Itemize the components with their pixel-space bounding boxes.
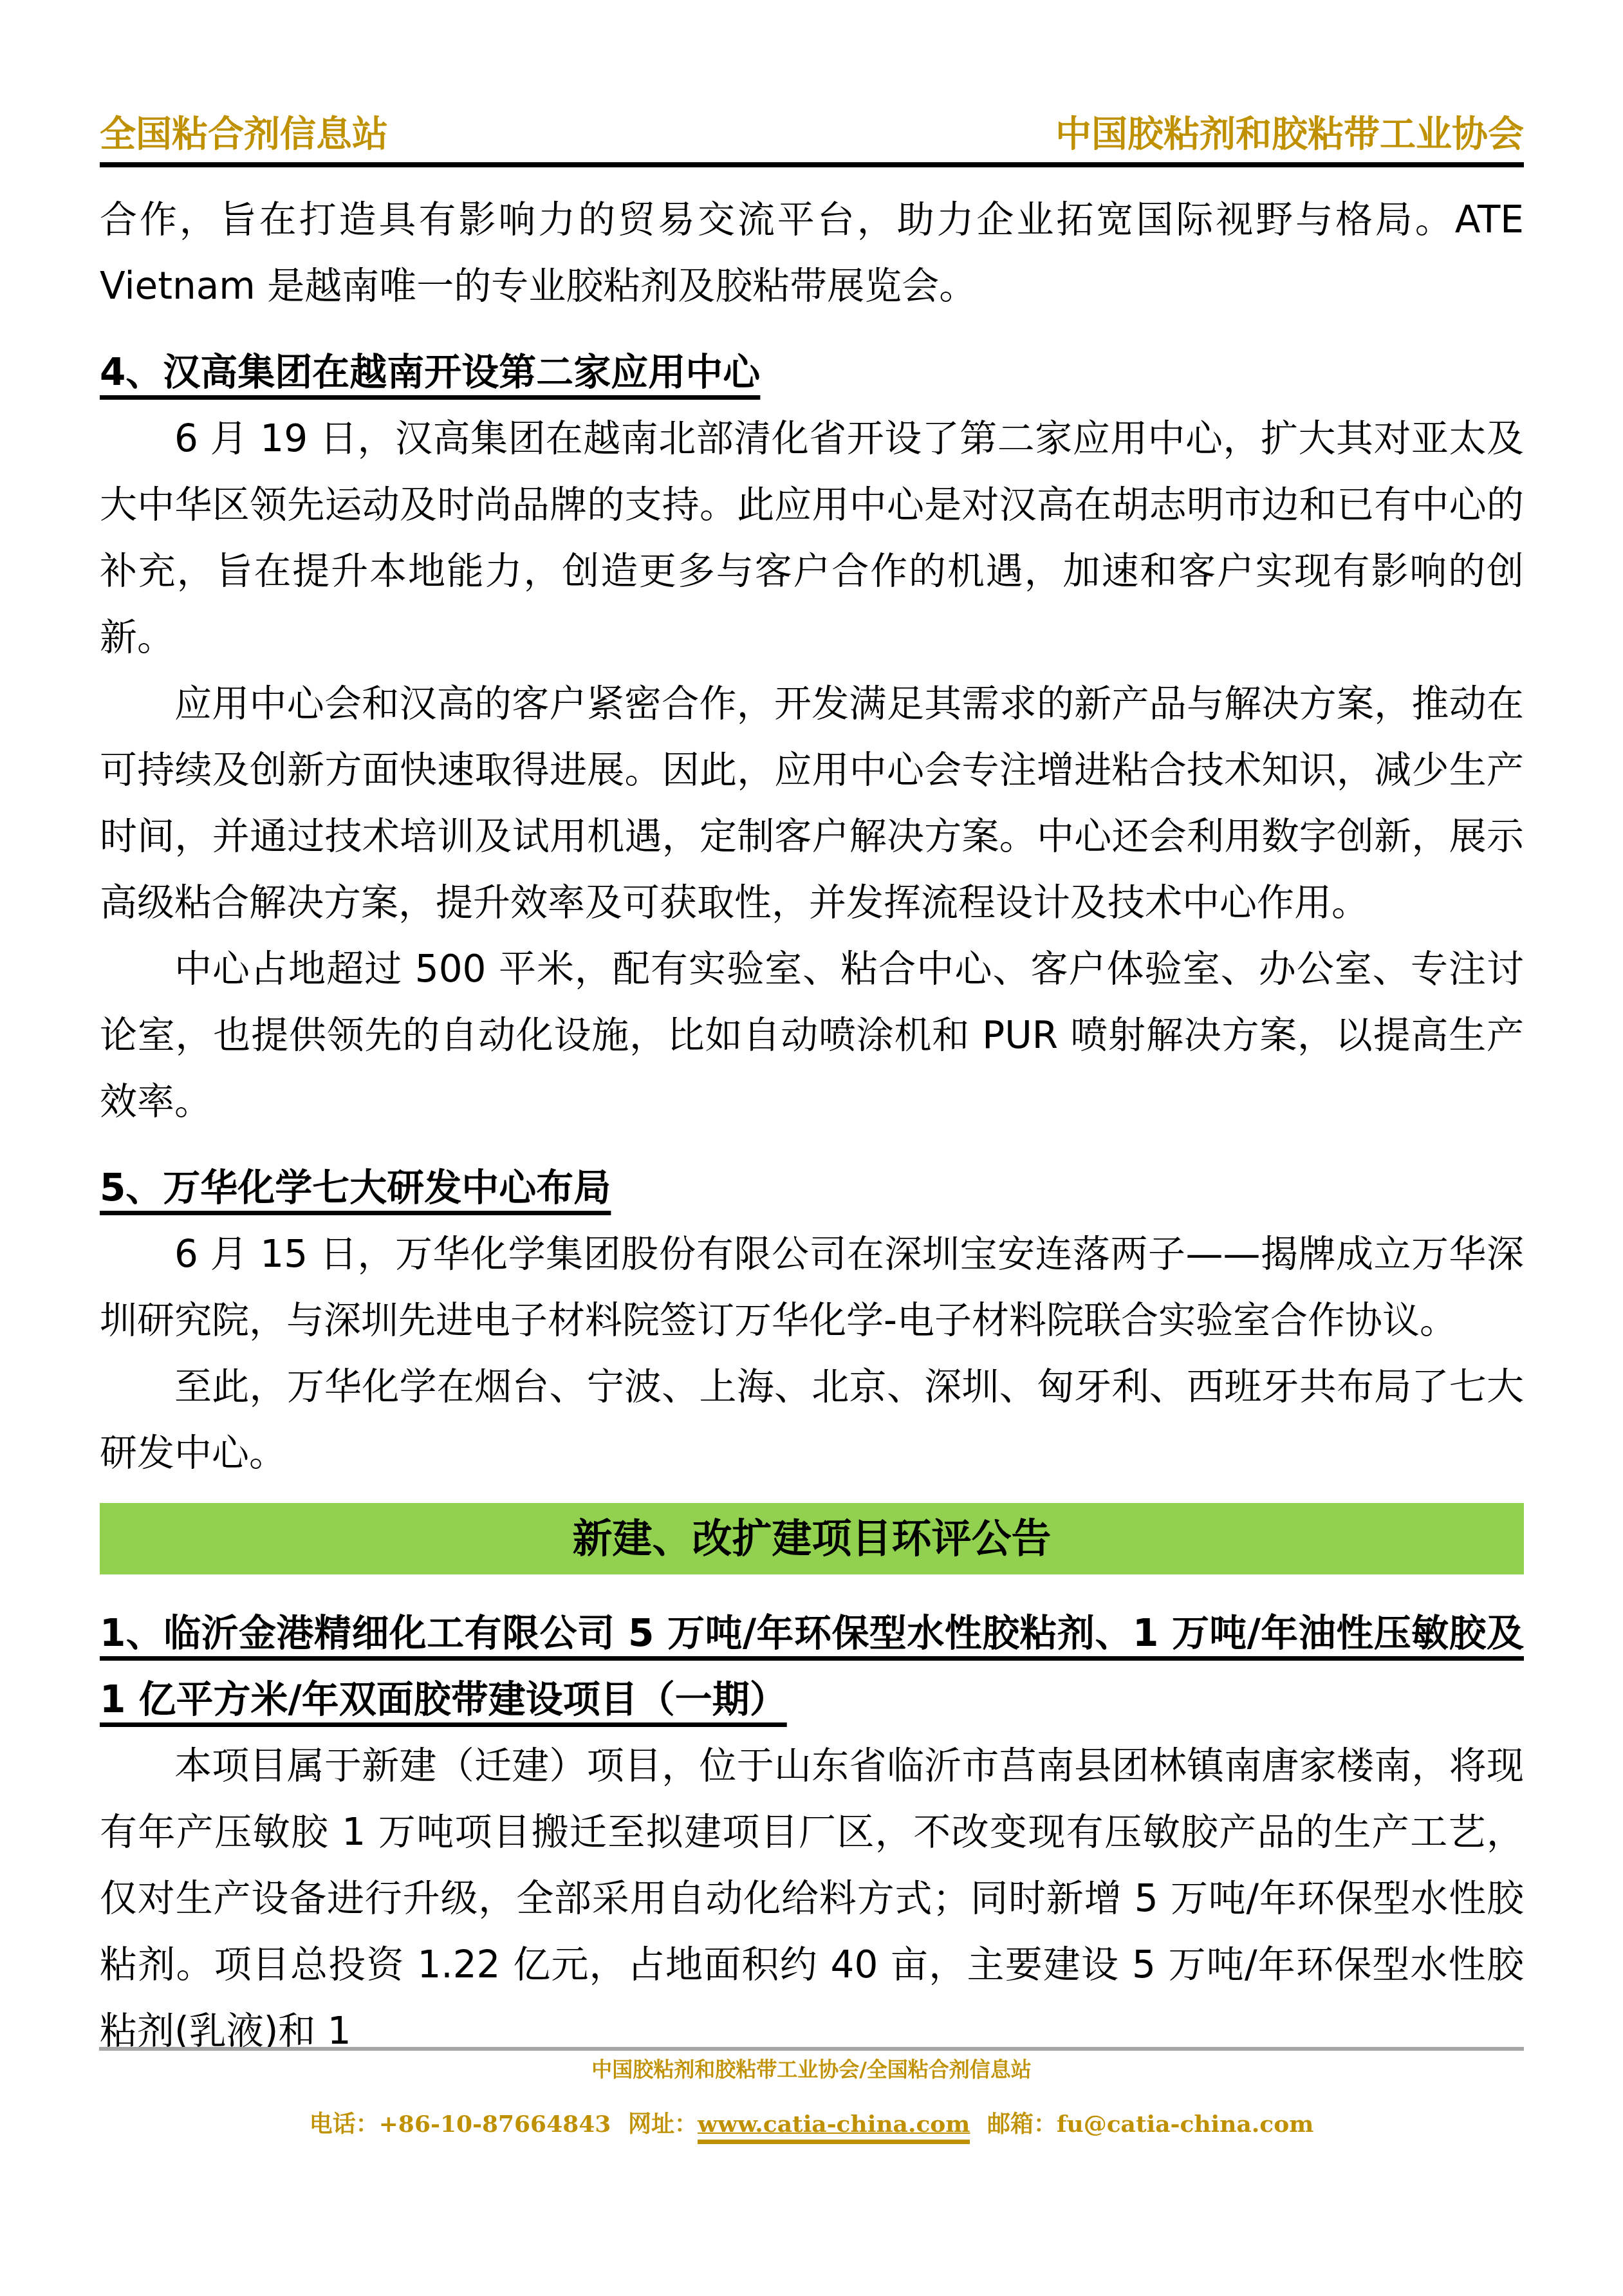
header-divider-rule xyxy=(100,162,1524,167)
footer-phone-number: +86-10-87664843 xyxy=(379,2111,611,2138)
env-project-1-paragraph-1: 本项目属于新建（迁建）项目，位于山东省临沂市莒南县团林镇南唐家楼南，将现有年产压… xyxy=(100,1733,1524,2064)
section4-paragraph-1: 6 月 19 日，汉高集团在越南北部清化省开设了第二家应用中心，扩大其对亚太及大… xyxy=(100,406,1524,671)
footer-email-address: fu@catia-china.com xyxy=(1057,2111,1313,2138)
footer-website-label: 网址： xyxy=(628,2111,698,2138)
header-right-title: 中国胶粘剂和胶粘带工业协会 xyxy=(1055,113,1524,154)
section4-paragraph-3: 中心占地超过 500 平米，配有实验室、粘合中心、客户体验室、办公室、专注讨论室… xyxy=(100,936,1524,1135)
heading-section-4: 4、汉高集团在越南开设第二家应用中心 xyxy=(100,339,1524,406)
footer-email-label: 邮箱： xyxy=(987,2111,1057,2138)
section5-paragraph-1: 6 月 15 日，万华化学集团股份有限公司在深圳宝安连落两子——揭牌成立万华深圳… xyxy=(100,1221,1524,1354)
paragraph-intro-continuation: 合作，旨在打造具有影响力的贸易交流平台，助力企业拓宽国际视野与格局。ATE Vi… xyxy=(100,187,1524,319)
footer-website-link[interactable]: www.catia-china.com xyxy=(698,2111,970,2144)
page-footer: 中国胶粘剂和胶粘带工业协会/全国粘合剂信息站 电话：+86-10-8766484… xyxy=(99,2047,1524,2139)
page-header: 全国粘合剂信息站 中国胶粘剂和胶粘带工业协会 xyxy=(100,0,1524,154)
section4-paragraph-2: 应用中心会和汉高的客户紧密合作，开发满足其需求的新产品与解决方案，推动在可持续及… xyxy=(100,671,1524,936)
section5-paragraph-2: 至此，万华化学在烟台、宁波、上海、北京、深圳、匈牙利、西班牙共布局了七大研发中心… xyxy=(100,1354,1524,1486)
env-announcements-banner: 新建、改扩建项目环评公告 xyxy=(100,1503,1524,1574)
heading-section-5: 5、万华化学七大研发中心布局 xyxy=(100,1155,1524,1221)
header-left-title: 全国粘合剂信息站 xyxy=(100,113,388,154)
document-page: 全国粘合剂信息站 中国胶粘剂和胶粘带工业协会 合作，旨在打造具有影响力的贸易交流… xyxy=(0,0,1623,2296)
footer-divider-rule xyxy=(99,2047,1524,2051)
footer-phone-label: 电话： xyxy=(310,2111,379,2138)
document-body: 合作，旨在打造具有影响力的贸易交流平台，助力企业拓宽国际视野与格局。ATE Vi… xyxy=(100,187,1524,2064)
footer-organization-line: 中国胶粘剂和胶粘带工业协会/全国粘合剂信息站 xyxy=(99,2057,1524,2084)
banner-title: 新建、改扩建项目环评公告 xyxy=(572,1506,1051,1572)
footer-contact-line: 电话：+86-10-87664843 网址：www.catia-china.co… xyxy=(99,2109,1524,2140)
heading-env-project-1: 1、临沂金港精细化工有限公司 5 万吨/年环保型水性胶粘剂、1 万吨/年油性压敏… xyxy=(100,1600,1524,1733)
